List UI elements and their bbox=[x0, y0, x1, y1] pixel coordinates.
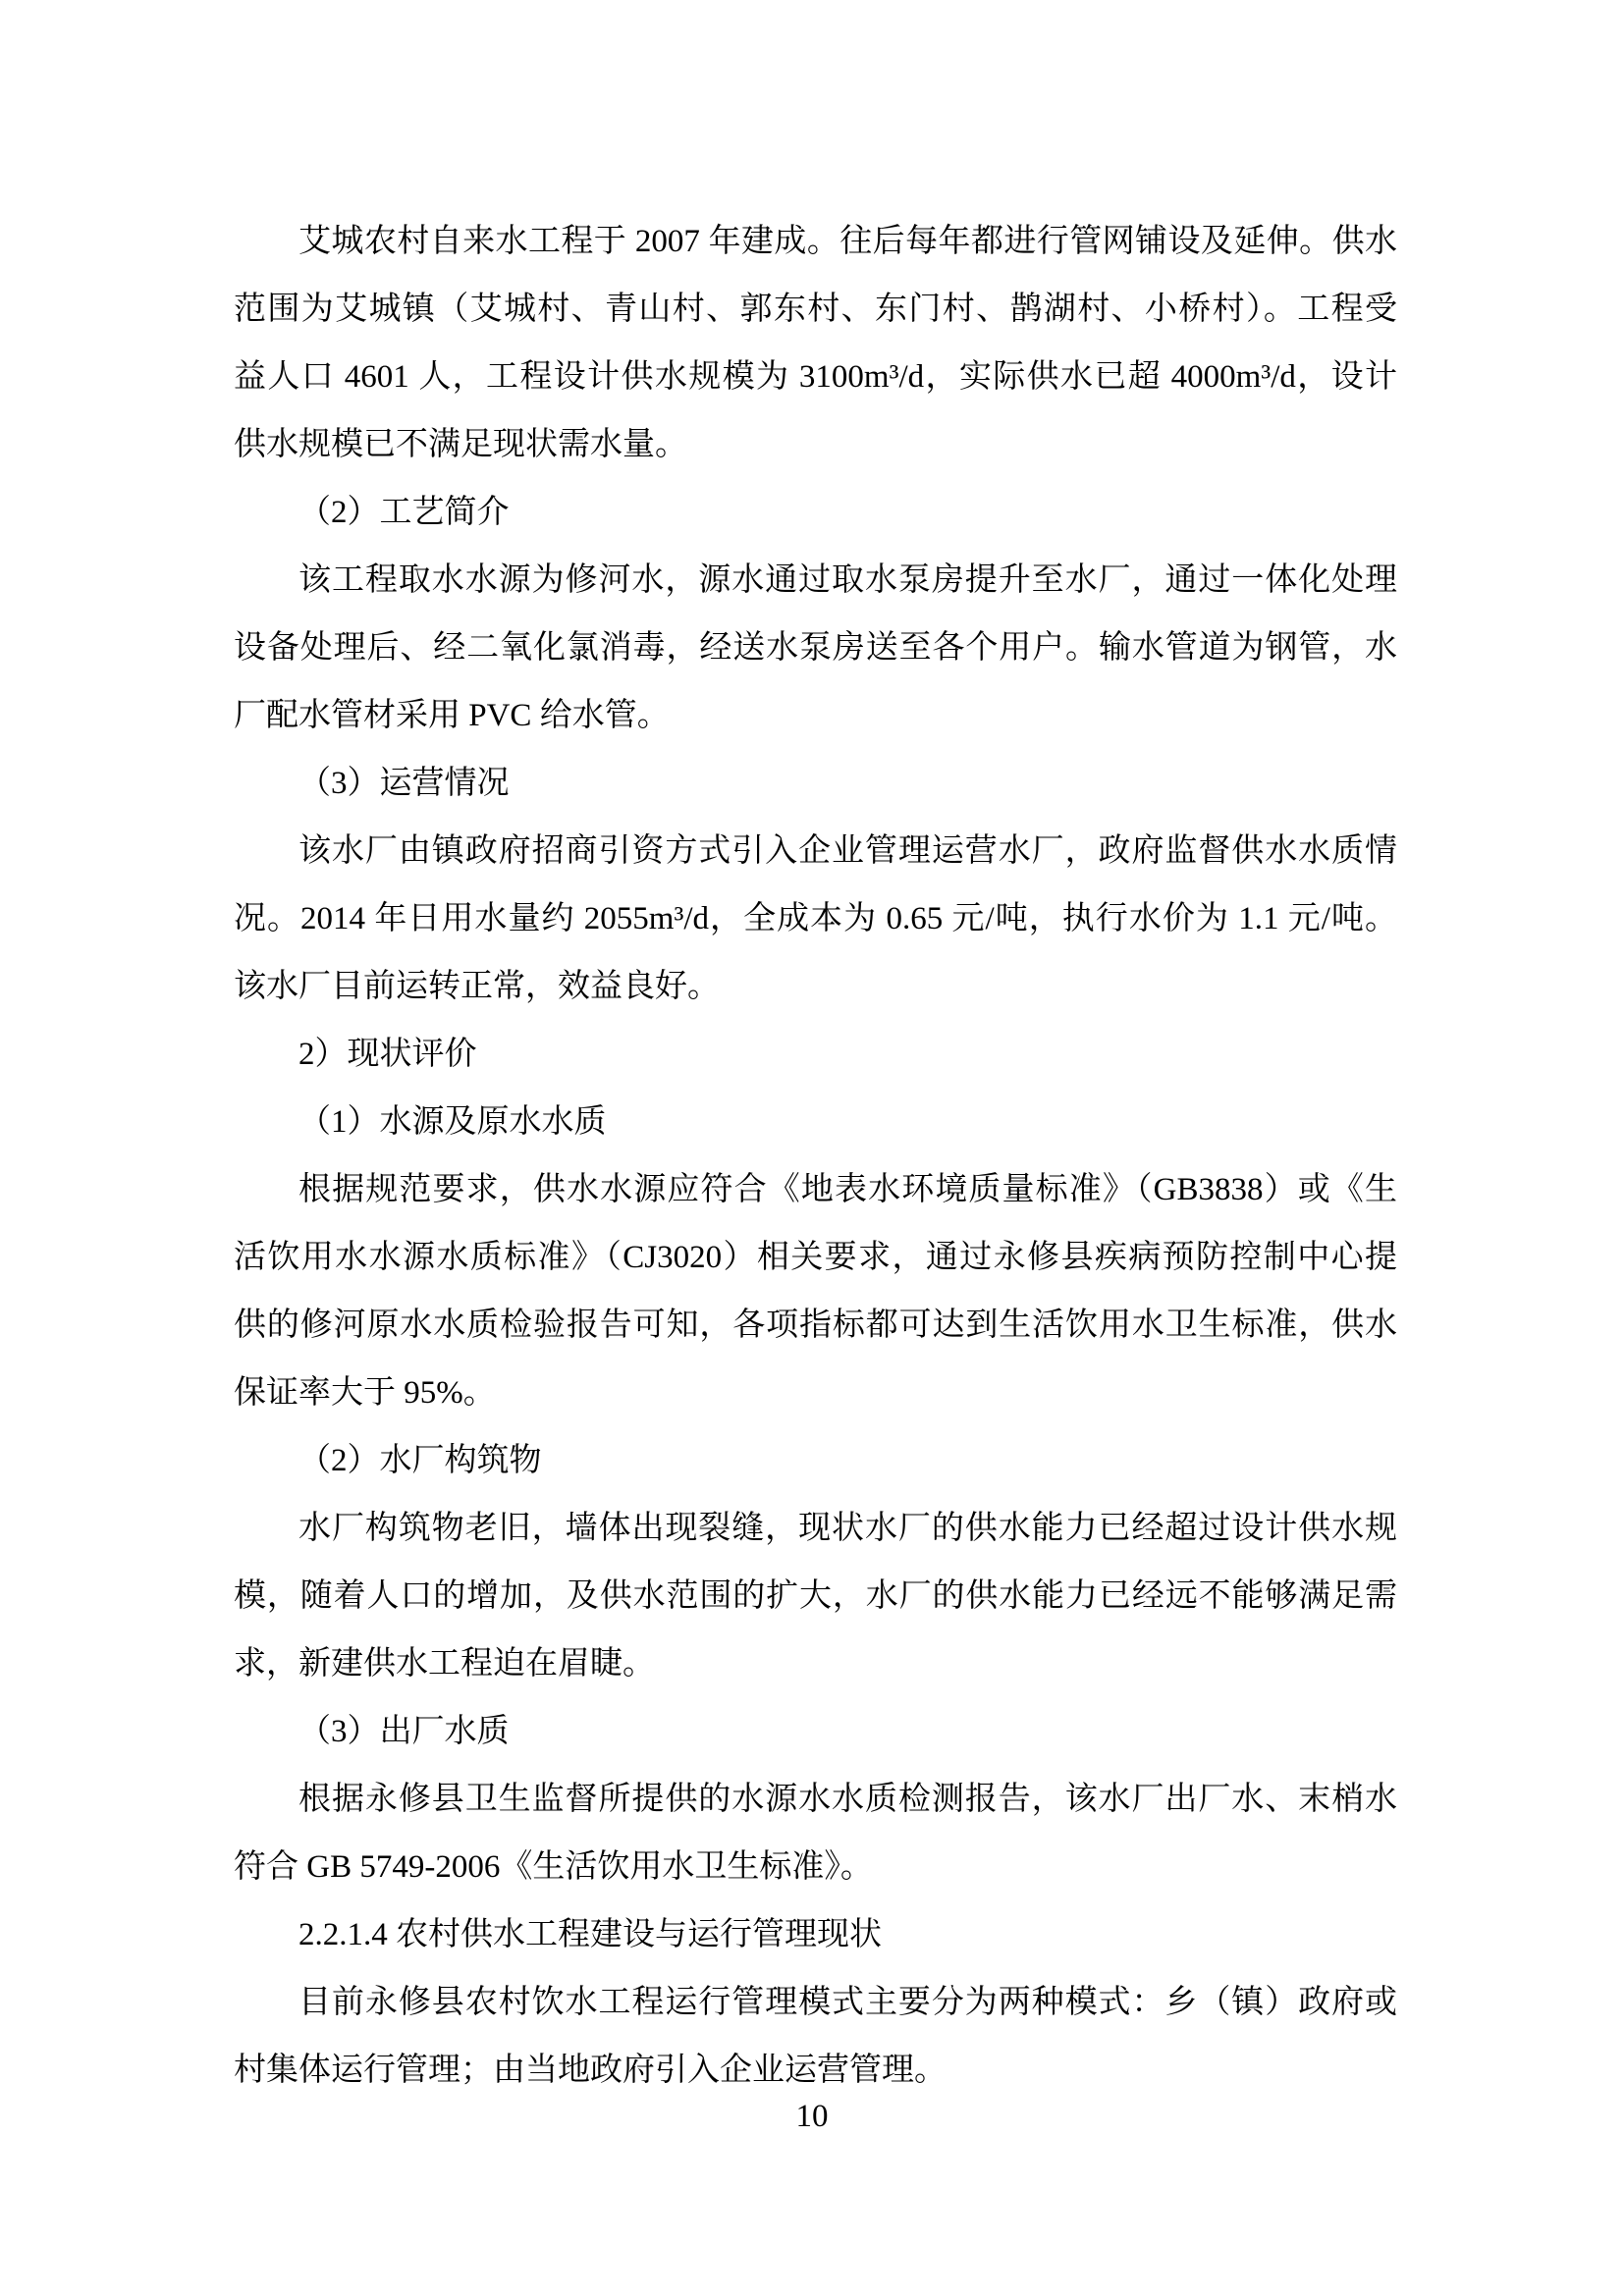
document-body: 艾城农村自来水工程于 2007 年建成。往后每年都进行管网铺设及延伸。供水范围为… bbox=[234, 208, 1397, 2105]
text-line: （3）运营情况 bbox=[234, 750, 1397, 818]
text-line: （2）水厂构筑物 bbox=[234, 1427, 1397, 1495]
text-line: 水厂构筑物老旧，墙体出现裂缝，现状水厂的供水能力已经超过设计供水规 bbox=[234, 1495, 1397, 1563]
text-line: 艾城农村自来水工程于 2007 年建成。往后每年都进行管网铺设及延伸。供水 bbox=[234, 208, 1397, 276]
text-line: 该水厂目前运转正常，效益良好。 bbox=[234, 953, 1397, 1021]
text-line: （2）工艺简介 bbox=[234, 479, 1397, 547]
text-line: 范围为艾城镇（艾城村、青山村、郭东村、东门村、鹊湖村、小桥村）。工程受 bbox=[234, 276, 1397, 344]
text-line: 求，新建供水工程迫在眉睫。 bbox=[234, 1630, 1397, 1698]
text-line: 况。2014 年日用水量约 2055m³/d，全成本为 0.65 元/吨，执行水… bbox=[234, 885, 1397, 953]
text-line: 该水厂由镇政府招商引资方式引入企业管理运营水厂，政府监督供水水质情 bbox=[234, 818, 1397, 885]
text-line: 根据永修县卫生监督所提供的水源水水质检测报告，该水厂出厂水、末梢水 bbox=[234, 1766, 1397, 1834]
text-line: 2）现状评价 bbox=[234, 1021, 1397, 1089]
text-line: 供水规模已不满足现状需水量。 bbox=[234, 411, 1397, 479]
text-line: 厂配水管材采用 PVC 给水管。 bbox=[234, 682, 1397, 750]
text-line: （1）水源及原水水质 bbox=[234, 1089, 1397, 1156]
text-line: 活饮用水水源水质标准》（CJ3020）相关要求，通过永修县疾病预防控制中心提 bbox=[234, 1224, 1397, 1292]
text-line: 保证率大于 95%。 bbox=[234, 1360, 1397, 1427]
page-number: 10 bbox=[0, 2099, 1624, 2134]
text-line: 益人口 4601 人，工程设计供水规模为 3100m³/d，实际供水已超 400… bbox=[234, 344, 1397, 411]
text-line: 村集体运行管理；由当地政府引入企业运营管理。 bbox=[234, 2037, 1397, 2105]
text-line: 根据规范要求，供水水源应符合《地表水环境质量标准》（GB3838）或《生 bbox=[234, 1156, 1397, 1224]
text-line: 2.2.1.4 农村供水工程建设与运行管理现状 bbox=[234, 1901, 1397, 1969]
document-page: 艾城农村自来水工程于 2007 年建成。往后每年都进行管网铺设及延伸。供水范围为… bbox=[0, 0, 1624, 2296]
text-line: 符合 GB 5749-2006《生活饮用水卫生标准》。 bbox=[234, 1834, 1397, 1901]
text-line: （3）出厂水质 bbox=[234, 1698, 1397, 1766]
text-line: 目前永修县农村饮水工程运行管理模式主要分为两种模式：乡（镇）政府或 bbox=[234, 1969, 1397, 2037]
text-line: 设备处理后、经二氧化氯消毒，经送水泵房送至各个用户。输水管道为钢管，水 bbox=[234, 614, 1397, 682]
text-line: 该工程取水水源为修河水，源水通过取水泵房提升至水厂，通过一体化处理 bbox=[234, 547, 1397, 614]
text-line: 供的修河原水水质检验报告可知，各项指标都可达到生活饮用水卫生标准，供水 bbox=[234, 1292, 1397, 1360]
text-line: 模，随着人口的增加，及供水范围的扩大，水厂的供水能力已经远不能够满足需 bbox=[234, 1563, 1397, 1630]
